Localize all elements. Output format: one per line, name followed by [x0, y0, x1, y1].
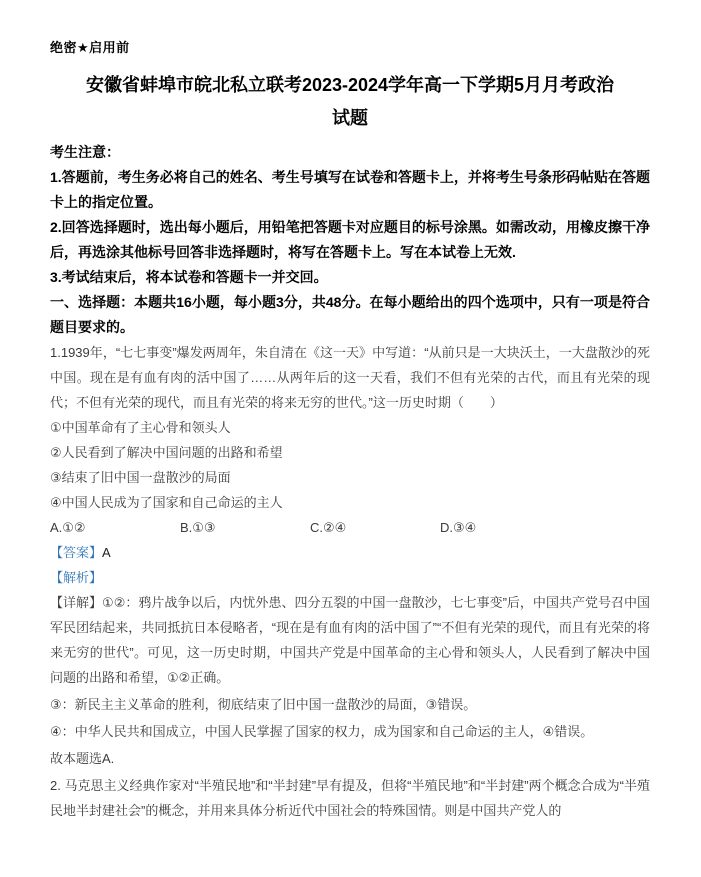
- question-2-stem: 2. 马克思主义经典作家对“半殖民地”和“半封建”早有提及，但将“半殖民地”和“…: [50, 773, 650, 823]
- q1-statement-2: ②人民看到了解决中国问题的出路和希望: [50, 440, 650, 465]
- notice-heading: 考生注意：: [50, 140, 650, 165]
- q1-statement-4: ④中国人民成为了国家和自己命运的主人: [50, 490, 650, 515]
- analysis-label: 【解析】: [50, 570, 102, 585]
- q1-option-d: D.③④: [440, 515, 570, 540]
- q1-option-b: B.①③: [180, 515, 310, 540]
- title-line-2: 试题: [50, 102, 650, 135]
- q1-option-c: C.②④: [310, 515, 440, 540]
- q1-detail-paragraph-3: ④：中华人民共和国成立，中国人民掌握了国家的权力，成为国家和自己命运的主人，④错…: [50, 719, 650, 744]
- instruction-2: 2.回答选择题时，选出每小题后，用铅笔把答题卡对应题目的标号涂黑。如需改动，用橡…: [50, 215, 650, 265]
- answer-label: 【答案】: [50, 545, 102, 560]
- answer-value: A: [102, 545, 111, 560]
- q1-options-row: A.①② B.①③ C.②④ D.③④: [50, 515, 650, 540]
- q1-statement-1: ①中国革命有了主心骨和领头人: [50, 415, 650, 440]
- title-line-1: 安徽省蚌埠市皖北私立联考2023-2024学年高一下学期5月月考政治: [50, 69, 650, 102]
- instruction-1: 1.答题前，考生务必将自己的姓名、考生号填写在试卷和答题卡上，并将考生号条形码帖…: [50, 165, 650, 215]
- q1-statement-3: ③结束了旧中国一盘散沙的局面: [50, 465, 650, 490]
- q1-analysis-line: 【解析】: [50, 565, 650, 590]
- instruction-3: 3.考试结束后，将本试卷和答题卡一并交回。: [50, 265, 650, 290]
- section-heading: 一、选择题：本题共16小题，每小题3分，共48分。在每小题给出的四个选项中，只有…: [50, 290, 650, 340]
- q1-option-a: A.①②: [50, 515, 180, 540]
- document-title: 安徽省蚌埠市皖北私立联考2023-2024学年高一下学期5月月考政治 试题: [50, 69, 650, 135]
- question-1-stem: 1.1939年，“七七事变”爆发两周年，朱自清在《这一天》中写道：“从前只是一大…: [50, 340, 650, 415]
- q1-detail-paragraph-2: ③：新民主主义革命的胜利，彻底结束了旧中国一盘散沙的局面，③错误。: [50, 692, 650, 717]
- q1-detail-paragraph-1: 【详解】①②：鸦片战争以后，内忧外患、四分五裂的中国一盘散沙，七七事变”后，中国…: [50, 590, 650, 690]
- security-classification: 绝密★启用前: [50, 40, 650, 56]
- q1-answer-line: 【答案】A: [50, 540, 650, 565]
- q1-detail-conclusion: 故本题选A.: [50, 746, 650, 771]
- exam-document-page: 绝密★启用前 安徽省蚌埠市皖北私立联考2023-2024学年高一下学期5月月考政…: [0, 0, 701, 877]
